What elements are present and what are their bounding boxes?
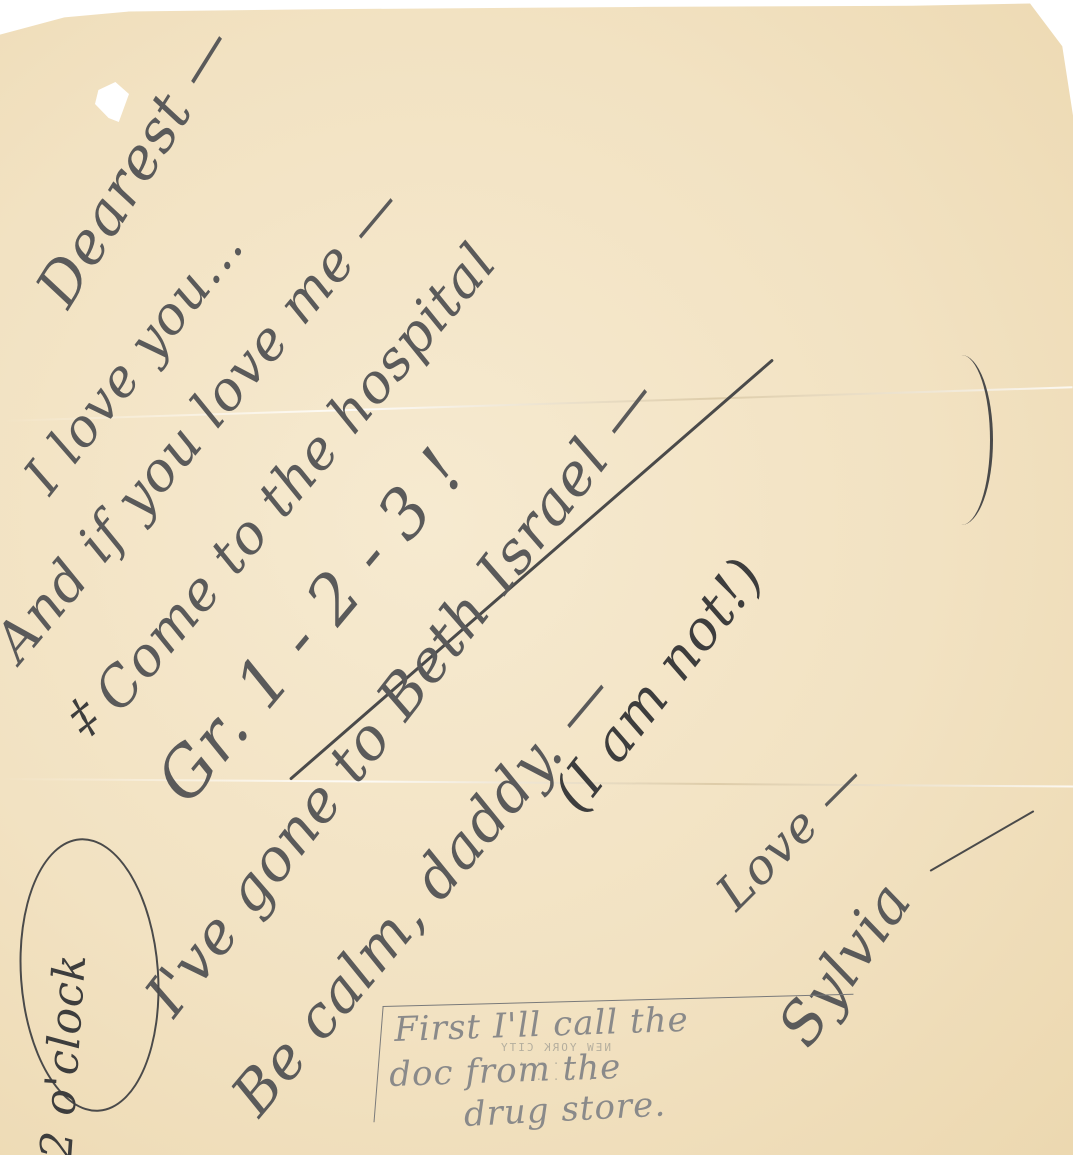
- aged-paper-sheet: Dearest — I love you... And if you love …: [0, 0, 1073, 1155]
- fold-crease-upper: [0, 386, 1073, 422]
- signature-flourish: [930, 810, 1035, 872]
- closing-parenthesis-stroke: [930, 355, 993, 525]
- torn-hole: [95, 82, 129, 122]
